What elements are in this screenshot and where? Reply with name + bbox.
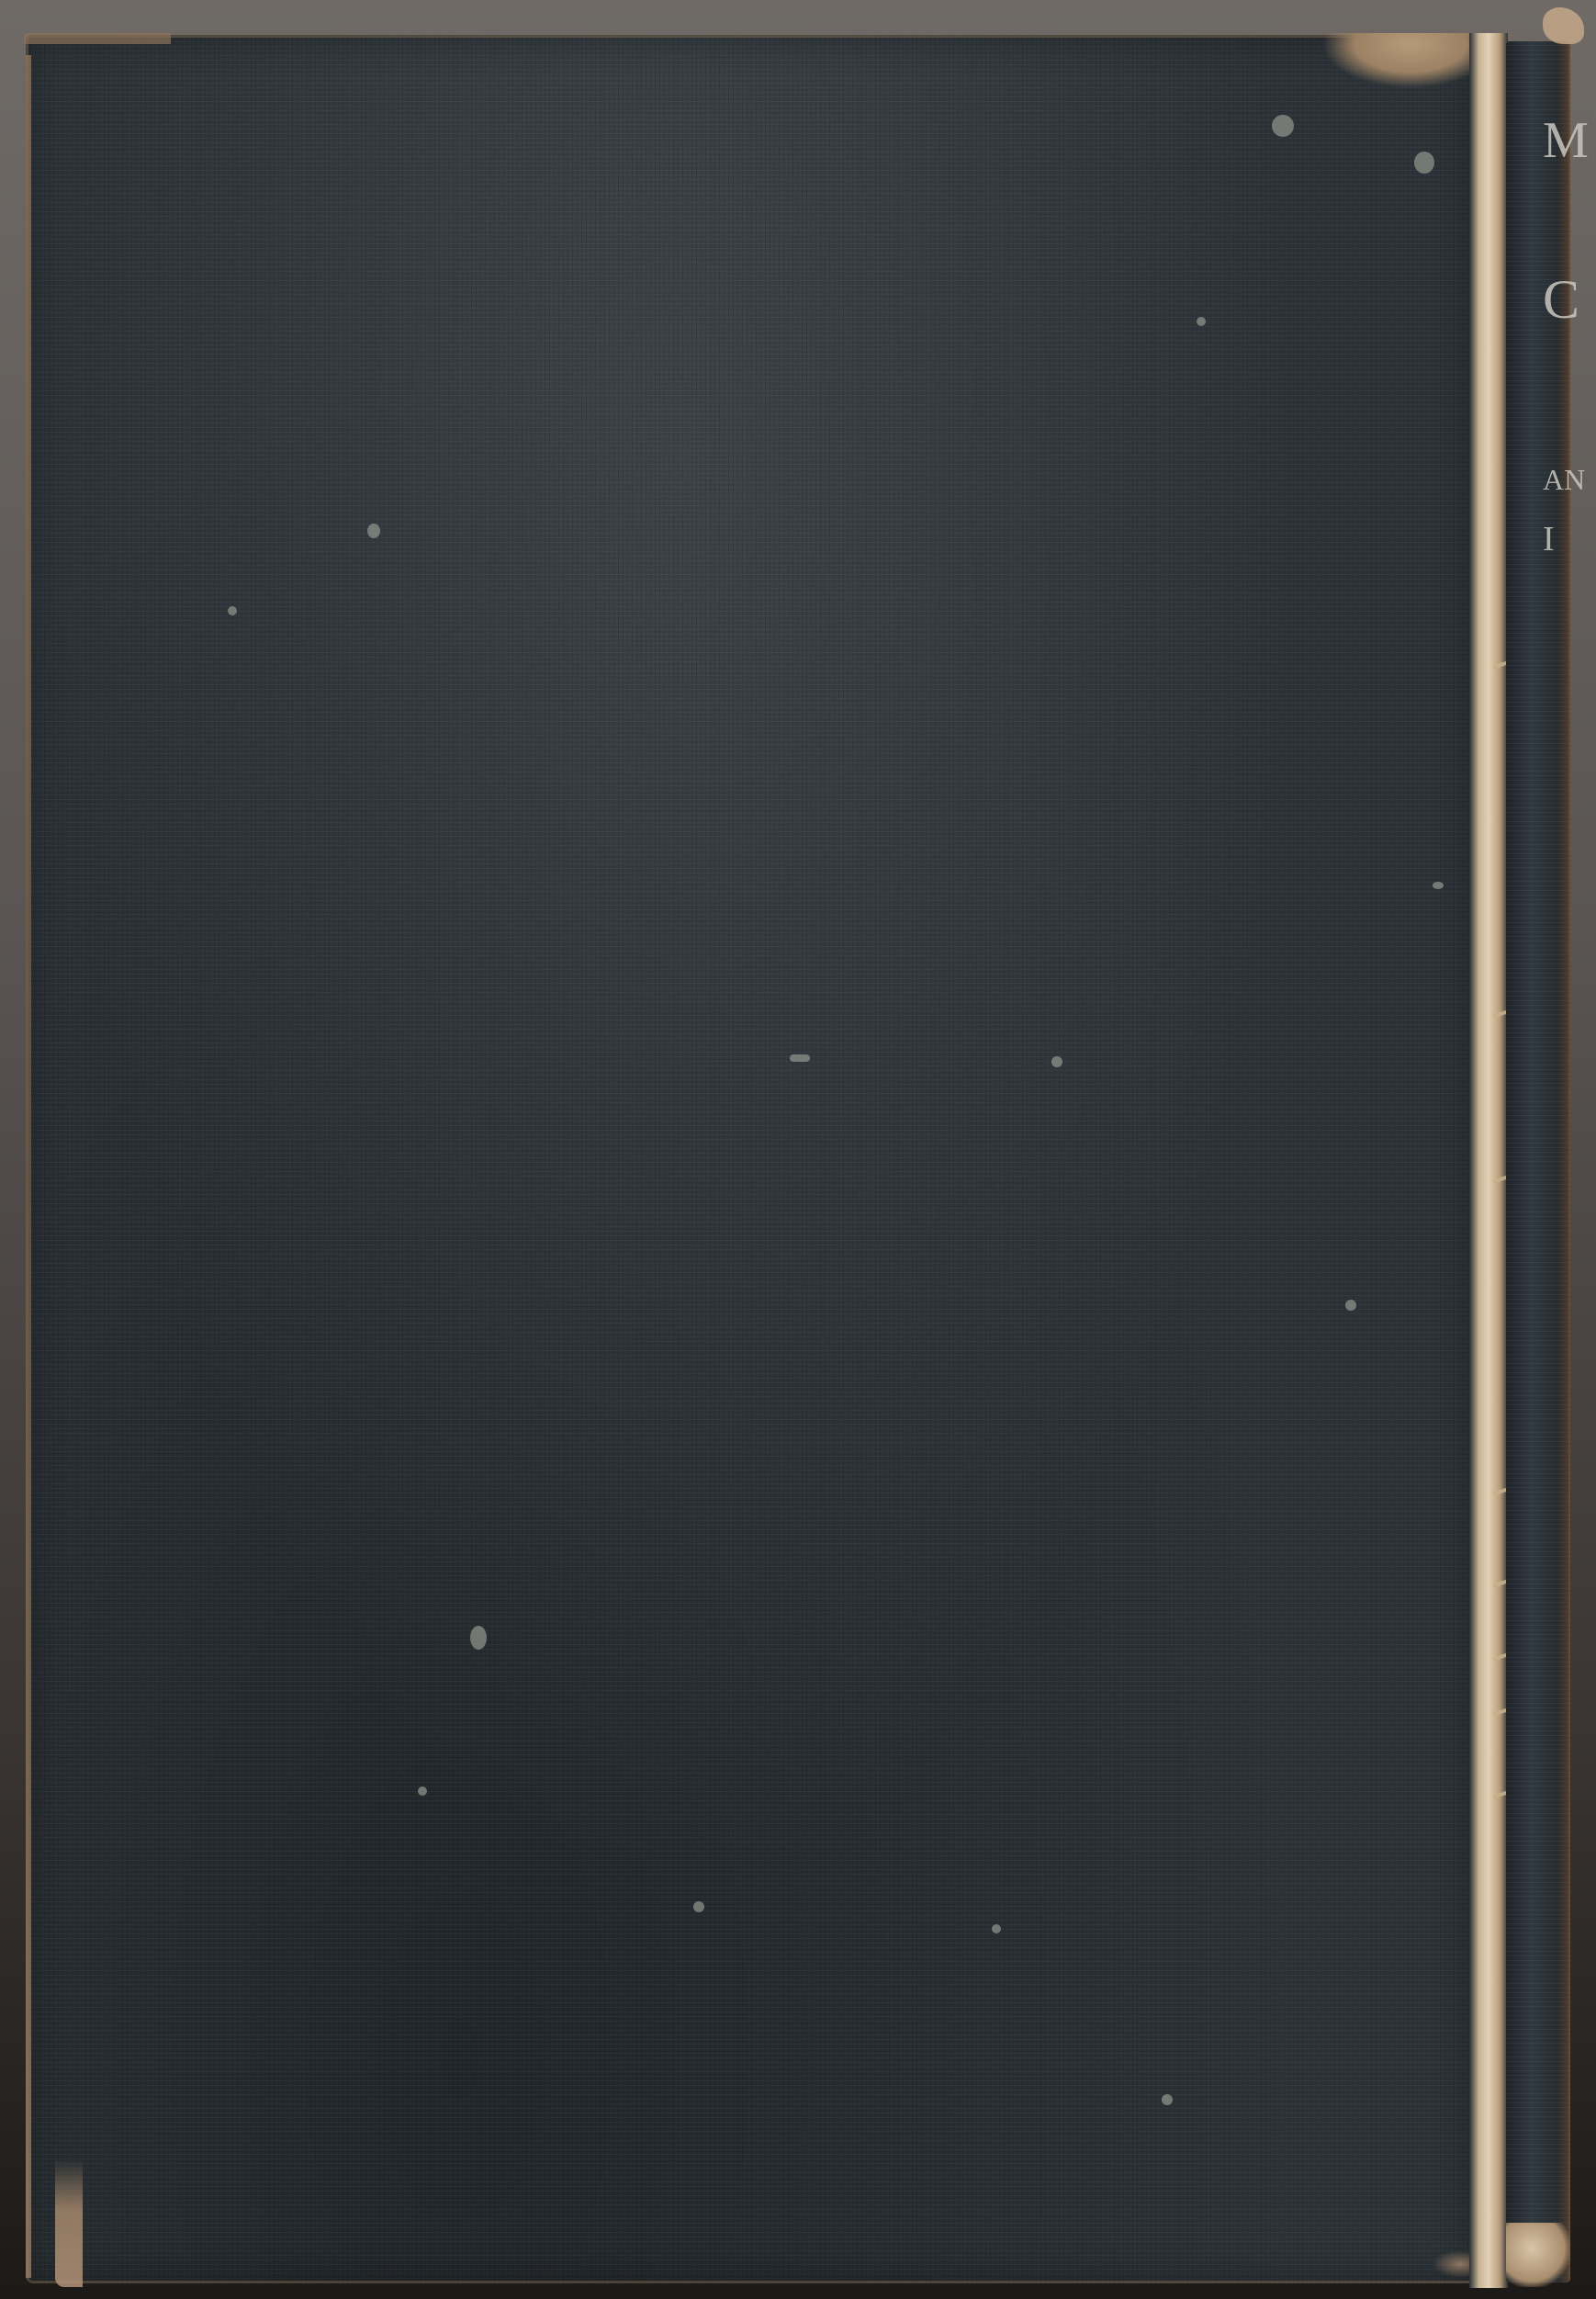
stain-speck (1414, 152, 1434, 174)
stain-speck (228, 606, 237, 615)
spine-letter: C (1543, 272, 1579, 327)
spine-letter: AN (1543, 465, 1585, 494)
torn-hinge (1469, 33, 1508, 2288)
book-photo: M C AN I (0, 0, 1596, 2299)
worn-left-edge (26, 55, 31, 2278)
spine-bottom-tear (1506, 2223, 1570, 2287)
worn-corner-top-left (24, 33, 171, 44)
stain-speck (418, 1786, 427, 1796)
stain-speck (790, 1054, 810, 1062)
stain-speck (1345, 1300, 1356, 1311)
stain-speck (1051, 1056, 1062, 1067)
stain-speck (1162, 2094, 1173, 2105)
back-cover (26, 35, 1472, 2283)
worn-corner-top-right (1322, 33, 1469, 88)
spine-top-tear (1543, 7, 1584, 44)
stain-speck (693, 1901, 704, 1912)
stain-speck (470, 1626, 487, 1650)
spine-letter: M (1543, 115, 1589, 166)
stain-speck (1197, 317, 1206, 326)
worn-corner-bottom-left (55, 2158, 83, 2287)
stain-speck (1272, 115, 1294, 137)
stain-speck (1433, 882, 1444, 889)
stain-speck (367, 524, 380, 538)
spine-letter: I (1543, 522, 1555, 557)
stain-speck (992, 1924, 1001, 1933)
spine-title: M C AN I (1543, 115, 1579, 557)
